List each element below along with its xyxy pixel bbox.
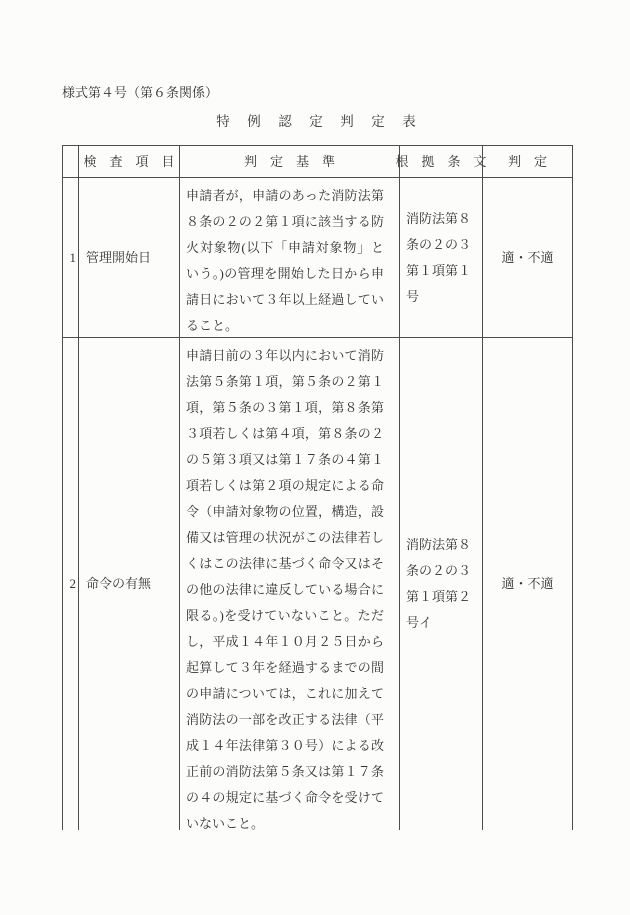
form-number-label: 様式第４号（第６条関係） <box>62 85 218 101</box>
legal-basis-text: 消防法第８条の２の３第１項第１号 <box>406 206 472 310</box>
legal-basis-text: 消防法第８条の２の３第１項第２号イ <box>406 532 472 636</box>
row-number: 2 <box>62 338 78 830</box>
legal-basis-cell: 消防法第８条の２の３第１項第１号 <box>399 178 482 338</box>
header-judgment: 判 定 <box>482 145 573 178</box>
judgment-table: 検 査 項 目 判 定 基 準 根 拠 条 文 判 定 1 管理開始日 申請者が… <box>62 145 573 830</box>
header-legal-basis: 根 拠 条 文 <box>399 145 482 178</box>
judgment-result: 適・不適 <box>482 178 573 338</box>
row-number: 1 <box>62 178 78 338</box>
judgment-result: 適・不適 <box>482 338 573 830</box>
judgment-criteria-text: 申請者が，申請のあった消防法第８条の２の２第１項に該当する防火対象物(以下「申請… <box>179 178 399 338</box>
inspection-item: 命令の有無 <box>78 338 179 830</box>
legal-basis-cell: 消防法第８条の２の３第１項第２号イ <box>399 338 482 830</box>
document-page: 様式第４号（第６条関係） 特 例 認 定 判 定 表 検 査 項 目 判 定 基… <box>0 0 630 915</box>
header-judgment-criteria: 判 定 基 準 <box>179 145 399 178</box>
header-inspection-item: 検 査 項 目 <box>78 145 179 178</box>
table-row: 2 命令の有無 申請日前の３年以内において消防法第５条第１項，第５条の２第１項，… <box>62 338 573 830</box>
header-no <box>62 145 78 178</box>
inspection-item: 管理開始日 <box>78 178 179 338</box>
judgment-criteria-text: 申請日前の３年以内において消防法第５条第１項，第５条の２第１項，第５条の３第１項… <box>179 338 399 830</box>
table-header-row: 検 査 項 目 判 定 基 準 根 拠 条 文 判 定 <box>62 145 573 178</box>
page-title: 特 例 認 定 判 定 表 <box>62 113 572 131</box>
table-row: 1 管理開始日 申請者が，申請のあった消防法第８条の２の２第１項に該当する防火対… <box>62 178 573 338</box>
